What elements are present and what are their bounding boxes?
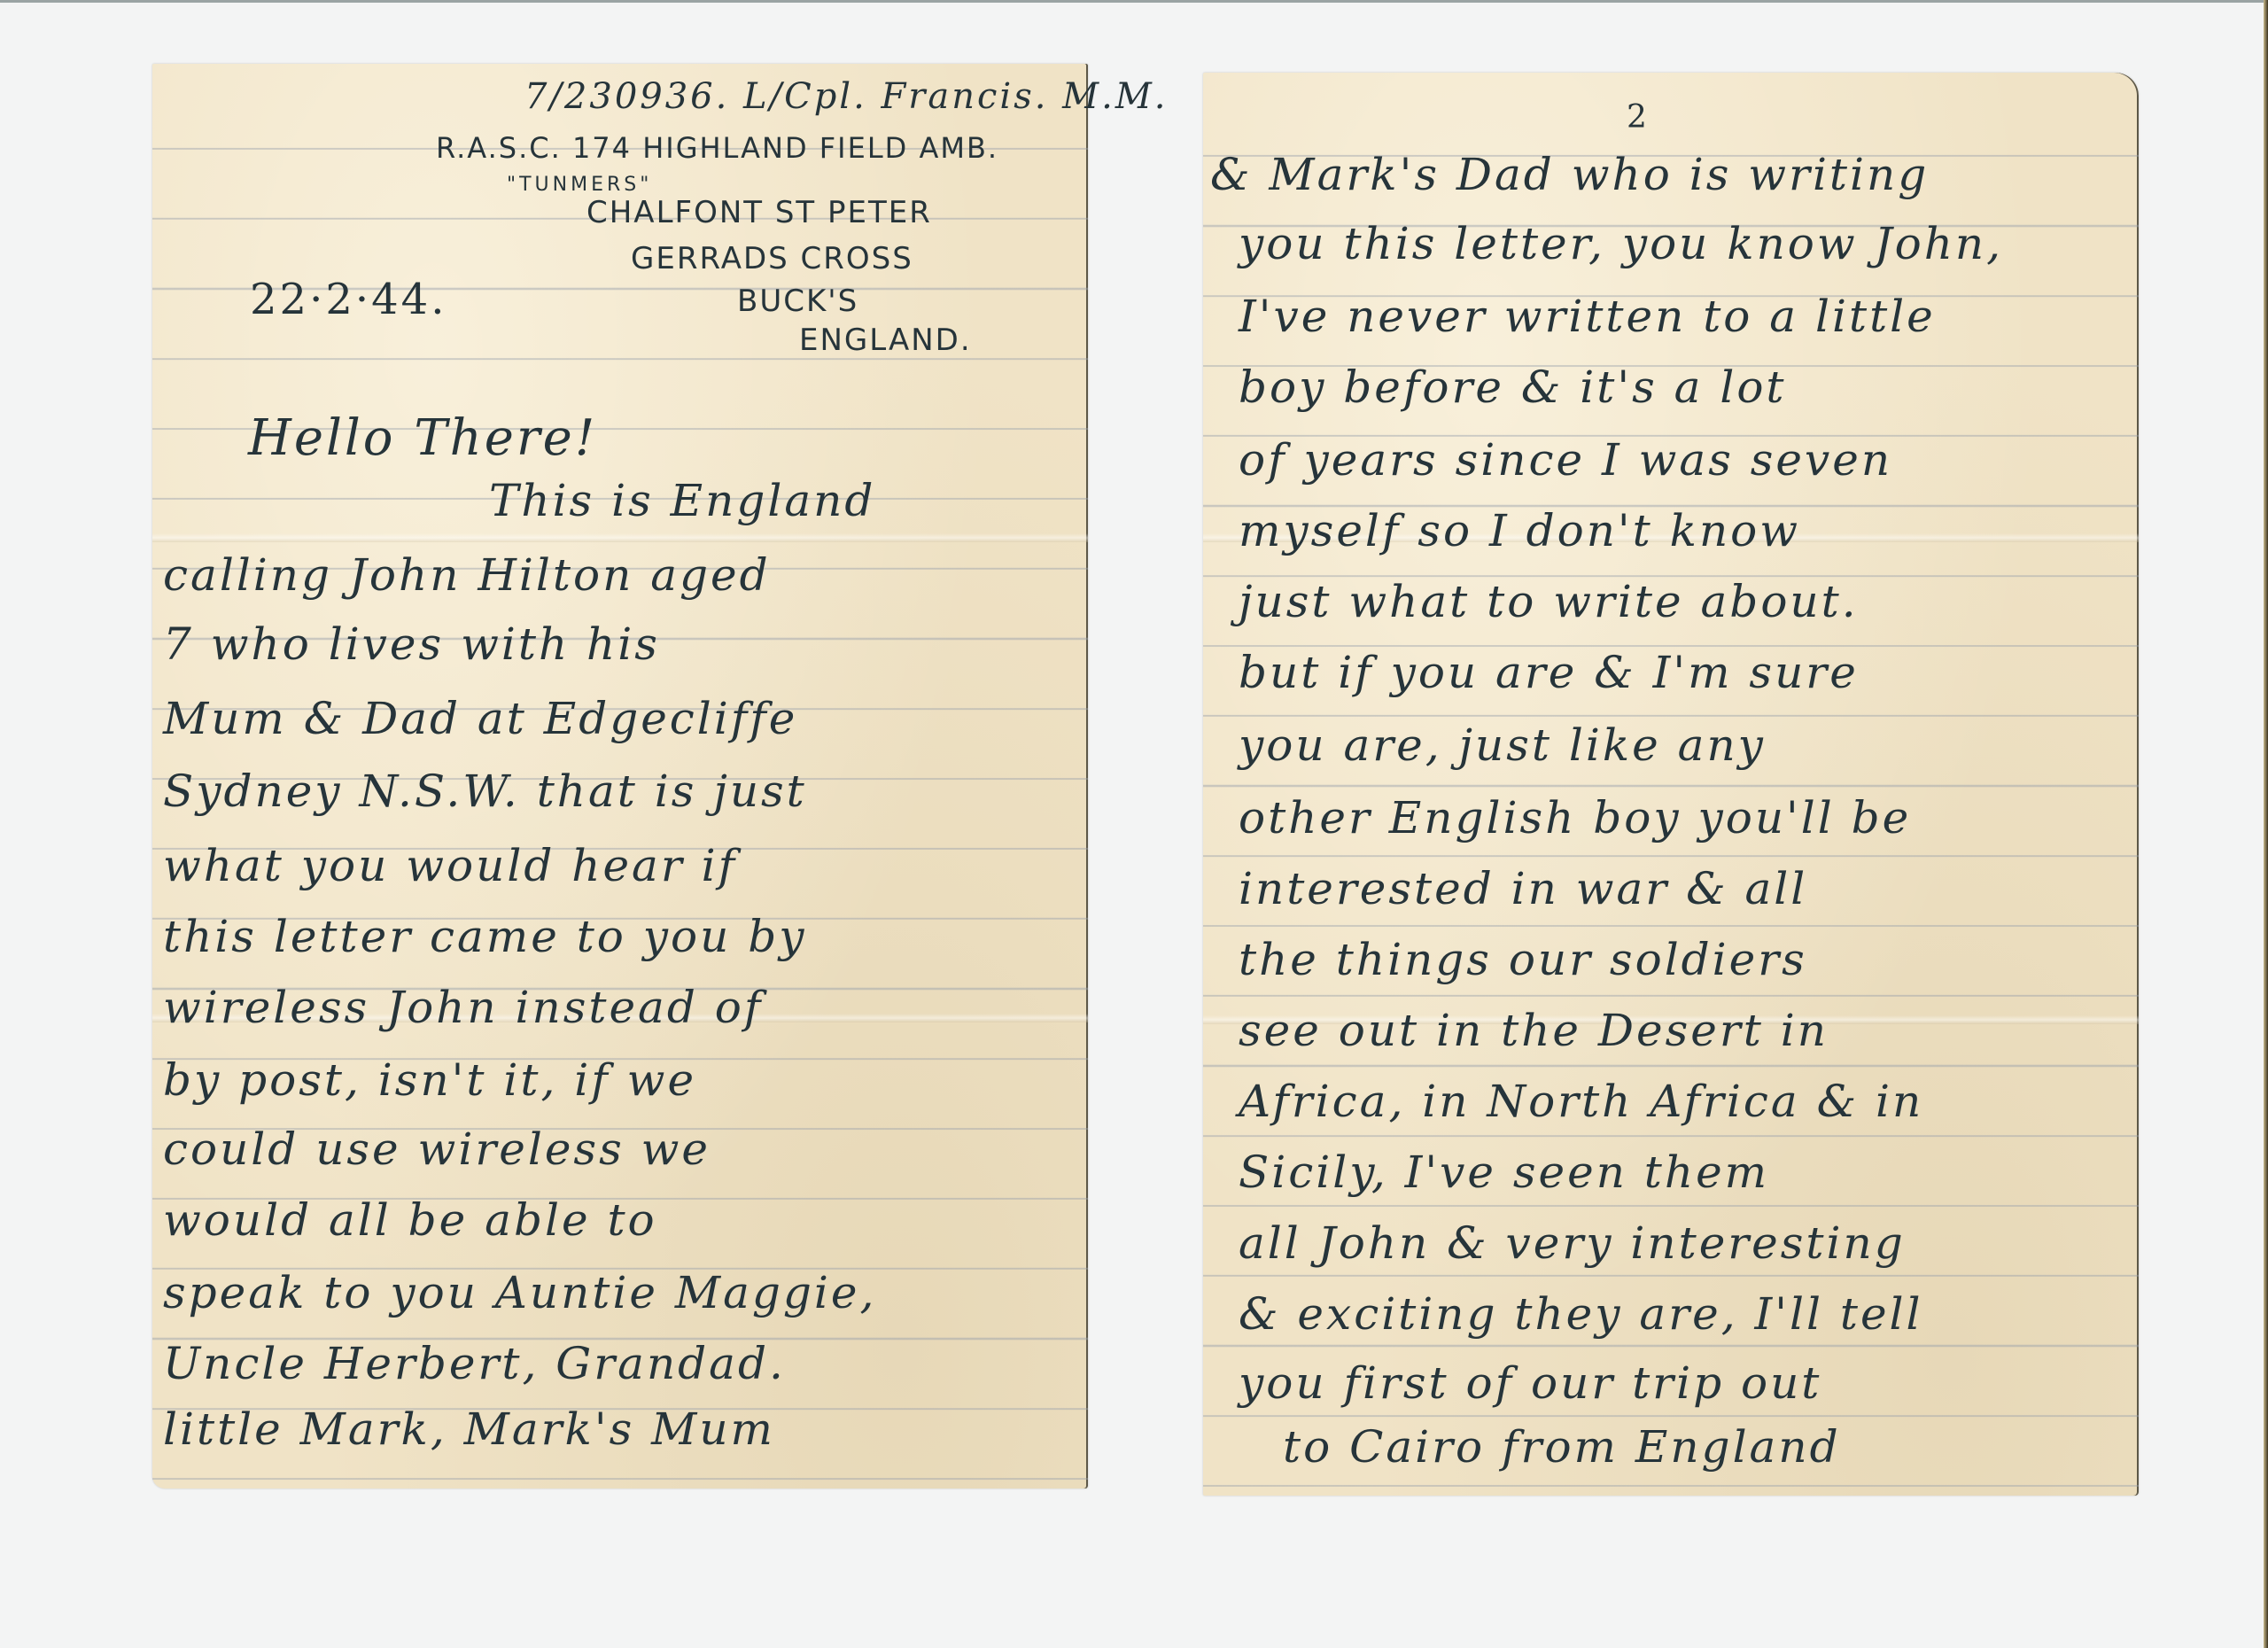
body-line: you first of our trip out [1239, 1357, 1821, 1409]
body-line: by post, isn't it, if we [163, 1054, 696, 1106]
body-line: wireless John instead of [163, 982, 763, 1033]
letter-date: 22·2·44. [250, 275, 447, 324]
scan-right-edge [2264, 0, 2268, 1648]
body-line: you this letter, you know John, [1239, 218, 2003, 269]
body-line: Uncle Herbert, Grandad. [163, 1338, 786, 1389]
scan-top-edge [0, 0, 2268, 3]
body-line: the things our soldiers [1239, 934, 1807, 985]
body-line: of years since I was seven [1239, 434, 1892, 486]
body-line: could use wireless we [163, 1123, 711, 1175]
body-line: other English boy you'll be [1239, 792, 1911, 843]
body-line: Sicily, I've seen them [1239, 1147, 1769, 1198]
body-line: & Mark's Dad who is writing [1210, 149, 1929, 200]
body-line: see out in the Desert in [1239, 1005, 1829, 1056]
sender-unit: R.A.S.C. 174 HIGHLAND FIELD AMB. [436, 131, 998, 165]
sender-service-number-name: 7/230936. L/Cpl. Francis. M.M. [524, 76, 1169, 117]
sender-county: BUCK'S [737, 284, 858, 319]
sender-village: CHALFONT ST PETER [586, 195, 932, 230]
letter-page-1: 7/230936. L/Cpl. Francis. M.M. R.A.S.C. … [152, 64, 1088, 1489]
body-line: just what to write about. [1239, 576, 1859, 627]
body-line: would all be able to [163, 1194, 657, 1246]
letter-page-2: 2 & Mark's Dad who is writing you this l… [1203, 73, 2139, 1496]
sender-country: ENGLAND. [799, 323, 972, 358]
sender-house-name: "TUNMERS" [507, 174, 652, 196]
body-line: Mum & Dad at Edgecliffe [163, 693, 797, 744]
body-line: this letter came to you by [163, 911, 807, 962]
body-line: little Mark, Mark's Mum [163, 1403, 775, 1455]
body-line: you are, just like any [1239, 719, 1766, 771]
body-line: speak to you Auntie Maggie, [163, 1267, 876, 1318]
body-line: This is England [489, 475, 875, 526]
body-line: I've never written to a little [1239, 291, 1936, 342]
page-number: 2 [1627, 99, 1650, 136]
body-line: interested in war & all [1239, 863, 1807, 914]
body-line: 7 who lives with his [163, 618, 660, 670]
body-line: calling John Hilton aged [163, 549, 771, 601]
body-line: what you would hear if [163, 840, 737, 891]
paper-fold [152, 533, 1088, 542]
body-line: boy before & it's a lot [1239, 361, 1787, 413]
body-line: all John & very interesting [1239, 1217, 1906, 1269]
sender-town: GERRADS CROSS [631, 241, 913, 276]
greeting: Hello There! [248, 409, 597, 467]
body-line: Africa, in North Africa & in [1239, 1076, 1923, 1127]
ruled-lines [1203, 73, 2139, 1496]
body-line: to Cairo from England [1283, 1421, 1841, 1473]
body-line: Sydney N.S.W. that is just [163, 766, 807, 817]
body-line: myself so I don't know [1239, 505, 1800, 556]
body-line: but if you are & I'm sure [1239, 647, 1859, 698]
body-line: & exciting they are, I'll tell [1239, 1288, 1923, 1340]
